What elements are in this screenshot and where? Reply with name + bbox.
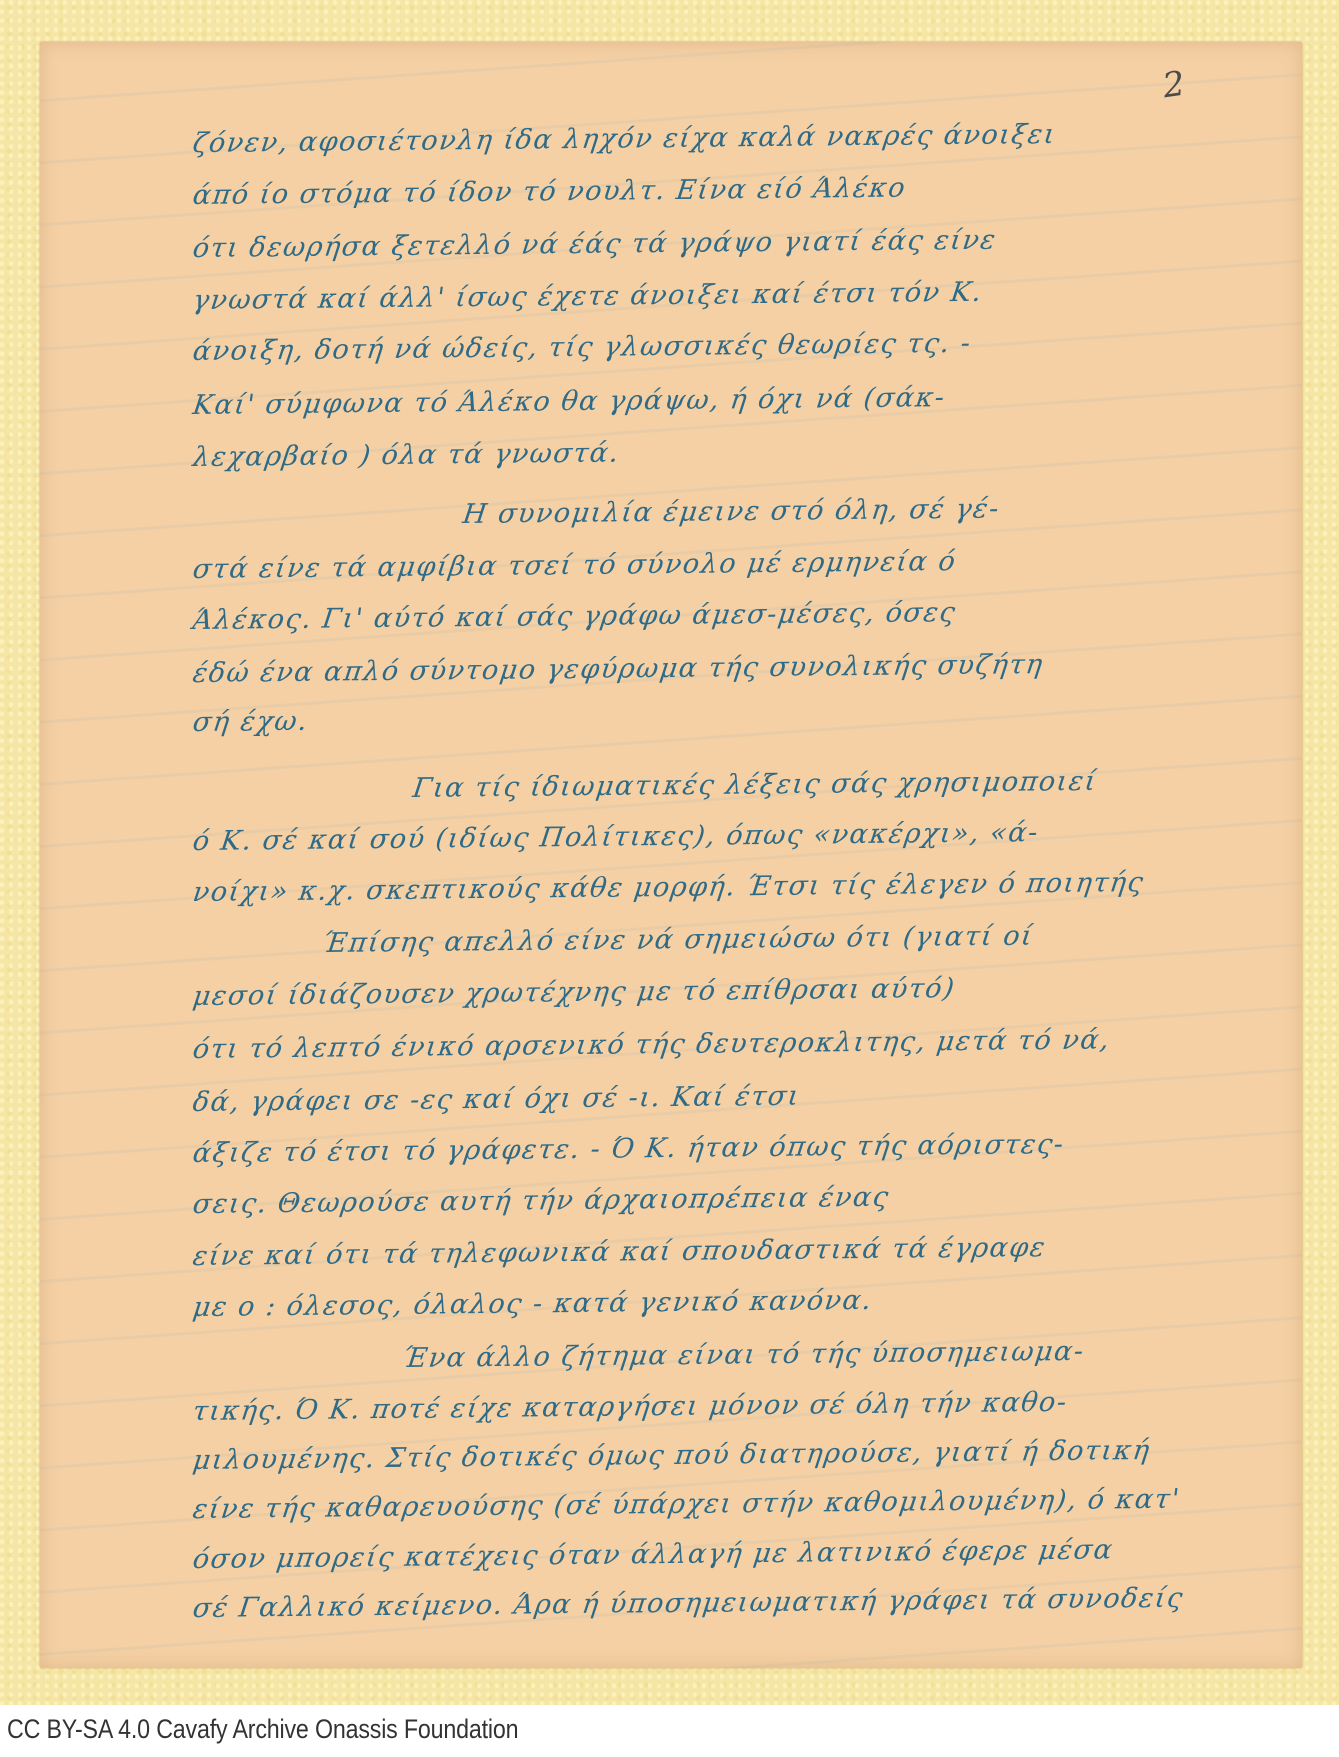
handwritten-line: τικής. Ό Κ. ποτέ είχε καταργήσει μόνον σ… <box>191 1387 1070 1427</box>
handwritten-line: ότι τό λεπτό ένικό αρσενικό τής δευτεροκ… <box>191 1024 1112 1065</box>
handwritten-line: όσον μπορείς κατέχεις όταν άλλαγή με λατ… <box>191 1534 1116 1575</box>
handwritten-line: ζόνεν, αφοσιέτονλη ίδα ληχόν είχα καλά ν… <box>191 119 1058 159</box>
handwritten-line: μεσοί ίδιάζουσεν χρωτέχνης με τό επίθρσα… <box>191 973 957 1012</box>
handwritten-line: άξιζε τό έτσι τό γράφετε. - Ό Κ. ήταν όπ… <box>191 1129 1067 1169</box>
handwritten-line: με ο : όλεσος, όλαλος - κατά γενικό κανό… <box>191 1285 875 1323</box>
handwritten-line: Για τίς ίδιωματικές λέξεις σάς χρησιμοπο… <box>411 766 1099 804</box>
handwritten-line: λεχαρβαίο ) όλα τά γνωστά. <box>191 438 622 473</box>
handwritten-line: Η συνομιλία έμεινε στό όλη, σέ γέ- <box>461 493 1002 530</box>
handwritten-line: Έπίσης απελλό είνε νά σημειώσω ότι (γιατ… <box>321 921 1035 959</box>
handwritten-line: μιλουμένης. Στίς δοτικές όμως πού διατηρ… <box>191 1435 1153 1476</box>
handwritten-line: άπό ίο στόμα τό ίδον τό νουλτ. Είνα είό … <box>191 173 908 211</box>
handwritten-line: στά είνε τά αμφίβια τσεί τό σύνολο μέ ερ… <box>191 546 958 585</box>
handwritten-line: ότι δεωρήσα ξετελλό νά έάς τά γράψο γιατ… <box>191 225 999 264</box>
handwritten-line: δά, γράφει σε -ες καί όχι σέ -ι. Καί έτσ… <box>191 1081 802 1118</box>
handwritten-line: είνε τής καθαρευούσης (σέ ύπάρχει στήν κ… <box>191 1484 1182 1525</box>
handwritten-line: είνε καί ότι τά τηλεφωνικά καί σπουδαστι… <box>191 1232 1048 1272</box>
handwritten-line: Άλέκος. Γι' αύτό καί σάς γράφω άμεσ-μέσε… <box>191 597 958 636</box>
handwritten-line: άνοιξη, δοτή νά ώδείς, τίς γλωσσικές θεω… <box>191 328 974 367</box>
handwritten-line: ό Κ. σέ καί σού (ιδίως Πολίτικες), όπως … <box>191 817 1041 857</box>
handwritten-text: ζόνεν, αφοσιέτονλη ίδα ληχόν είχα καλά ν… <box>0 0 1339 1705</box>
handwritten-line: σή έχω. <box>191 706 310 738</box>
handwritten-line: Καί' σύμφωνα τό Άλέκο θα γράψω, ή όχι νά… <box>191 382 948 421</box>
handwritten-line: σέ Γαλλικό κείμενο. Άρα ή ύποσημειωματικ… <box>191 1583 1186 1624</box>
handwritten-line: έδώ ένα απλό σύντομο γεφύρωμα τής συνολι… <box>191 649 1046 689</box>
license-caption: CC BY-SA 4.0 Cavafy Archive Onassis Foun… <box>7 1714 518 1745</box>
handwritten-line: Ένα άλλο ζήτημα είναι τό τής ύποσημειωμα… <box>401 1336 1087 1374</box>
handwritten-line: γνωστά καί άλλ' ίσως έχετε άνοιξει καί έ… <box>191 277 985 316</box>
handwritten-line: σεις. Θεωρούσε αυτή τήν άρχαιοπρέπεια έν… <box>191 1182 892 1220</box>
handwritten-line: νοίχι» κ.χ. σκεπτικούς κάθε μορφή. Έτσι … <box>191 867 1146 908</box>
